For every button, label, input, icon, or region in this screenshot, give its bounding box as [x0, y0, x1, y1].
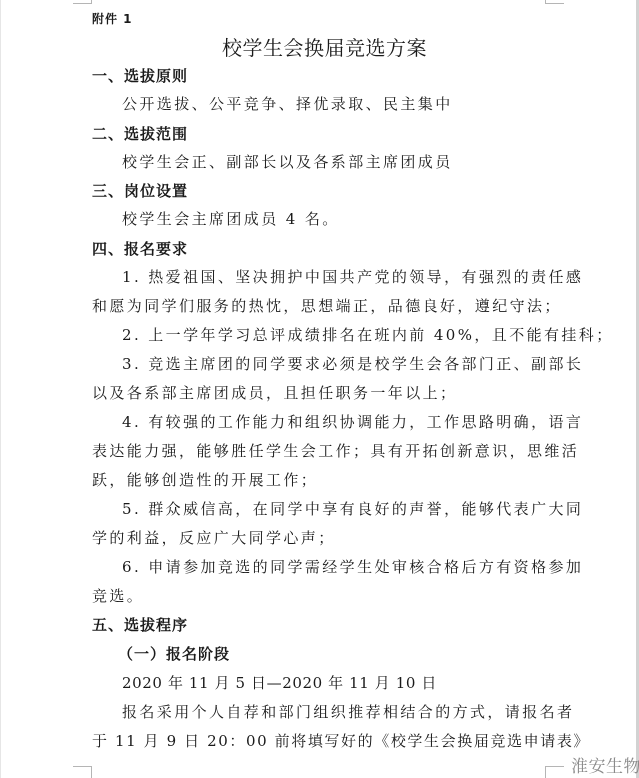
- section-body-scope: 校学生会正、副部长以及各系部主席团成员: [122, 152, 453, 172]
- watermark-text: 淮安生物: [571, 752, 639, 777]
- attachment-label: 附件 1: [92, 9, 133, 29]
- requirement-item-1-cont: 和愿为同学们服务的热忱，思想端正，品德良好，遵纪守法；: [92, 296, 562, 316]
- margin-corner-top-left: [73, 0, 92, 4]
- registration-method: 报名采用个人自荐和部门组织推荐相结合的方式，请报名者: [122, 702, 574, 722]
- requirement-item-4-cont-2: 跃，能够创造性的开展工作；: [92, 470, 318, 490]
- document-title: 校学生会换届竞选方案: [222, 35, 427, 61]
- section-heading-procedure: 五、选拔程序: [92, 615, 188, 635]
- section-heading-scope: 二、选拔范围: [92, 124, 188, 144]
- section-body-principles: 公开选拔、公平竞争、择优录取、民主集中: [122, 94, 453, 114]
- requirement-item-1: 1. 热爱祖国、坚决拥护中国共产党的领导，有强烈的责任感: [122, 267, 583, 287]
- section-body-positions: 校学生会主席团成员 4 名。: [122, 209, 340, 229]
- requirement-item-5-cont: 学的利益，反应广大同学心声；: [92, 528, 336, 548]
- requirement-item-3-cont: 以及各系部主席团成员，且担任职务一年以上；: [92, 383, 457, 403]
- section-heading-positions: 三、岗位设置: [92, 181, 188, 201]
- requirement-item-2: 2. 上一学年学习总评成绩排名在班内前 40%，且不能有挂科；: [122, 325, 614, 345]
- registration-method-cont: 于 11 月 9 日 20：00 前将填写好的《校学生会换届竞选申请表》: [92, 731, 590, 751]
- section-heading-requirements: 四、报名要求: [92, 239, 188, 259]
- page-left-edge: [0, 0, 1, 778]
- subsection-heading-registration: （一）报名阶段: [118, 644, 230, 664]
- requirement-item-6-cont: 竞选。: [92, 586, 144, 606]
- requirement-item-6: 6. 申请参加竞选的同学需经学生处审核合格后方有资格参加: [122, 557, 583, 577]
- section-heading-principles: 一、选拔原则: [92, 66, 188, 86]
- requirement-item-5: 5. 群众威信高，在同学中享有良好的声誉，能够代表广大同: [122, 499, 583, 519]
- requirement-item-4-cont-1: 表达能力强，能够胜任学生会工作；具有开拓创新意识，思维活: [92, 441, 579, 461]
- requirement-item-3: 3. 竞选主席团的同学要求必须是校学生会各部门正、副部长: [122, 354, 583, 374]
- margin-corner-top-right: [545, 0, 564, 4]
- registration-dates: 2020 年 11 月 5 日—2020 年 11 月 10 日: [122, 673, 437, 693]
- margin-corner-bottom-left: [73, 766, 92, 778]
- margin-corner-bottom-right: [545, 766, 564, 778]
- requirement-item-4: 4. 有较强的工作能力和组织协调能力，工作思路明确，语言: [122, 412, 583, 432]
